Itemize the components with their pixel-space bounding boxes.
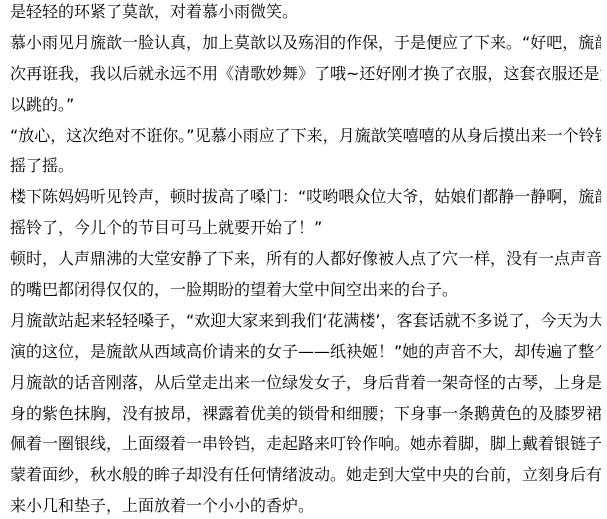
text-line: 的嘴巴都闭得仅仅的，一脸期盼的望着大堂中间空出来的台子。 (10, 275, 601, 306)
text-line: “放心，这次绝对不诳你。”见慕小雨应了下来，月旒歆笑嘻嘻的从身后摸出来一个铃铛， (10, 121, 601, 152)
text-line: 蒙着面纱，秋水般的眸子却没有任何情绪波动。她走到大堂中央的台前，立刻身后有丫鬟搬 (10, 460, 601, 491)
text-line: 佩着一圈银线，上面缀着一串铃铛，走起路来叮铃作响。她赤着脚，脚上戴着银链子，面上 (10, 429, 601, 460)
text-line: 楼下陈妈妈听见铃声，顿时拔高了嗓门：“哎哟喂众位大爷，姑娘们都静一静啊，旒歆姑娘 (10, 182, 601, 213)
text-line: 慕小雨见月旒歆一脸认真，加上莫歆以及殇泪的作保，于是便应了下来。“好吧，旒歆你这 (10, 28, 601, 59)
text-line: 来小几和垫子，上面放着一个小小的香炉。 (10, 491, 601, 519)
text-line: 月旒歆的话音刚落，从后堂走出来一位绿发女子，身后背着一架奇怪的古琴，上身是一件紧 (10, 368, 601, 399)
text-line: 身的紫色抹胸，没有披昂，裸露着优美的锁骨和细腰；下身事一条鹅黄色的及膝罗裙，腰上 (10, 399, 601, 430)
text-line: 摇铃了，今儿个的节目可马上就要开始了！” (10, 213, 601, 244)
text-line: 演的这位，是旒歆从西域高价请来的女子——纸袂姬！”她的声音不大，却传遍了整个大堂… (10, 337, 601, 368)
text-line: 次再诳我，我以后就永远不用《清歌妙舞》了哦~还好刚才换了衣服，这套衣服还是勉强可 (10, 59, 601, 90)
text-line: 是轻轻的环紧了莫歆，对着慕小雨微笑。 (10, 0, 601, 28)
text-line: 摇了摇。 (10, 151, 601, 182)
text-line: 以跳的。” (10, 90, 601, 121)
document-page: 是轻轻的环紧了莫歆，对着慕小雨微笑。 慕小雨见月旒歆一脸认真，加上莫歆以及殇泪的… (0, 0, 607, 516)
text-line: 顿时，人声鼎沸的大堂安静了下来，所有的人都好像被人点了穴一样，没有一点声音，大家 (10, 244, 601, 275)
text-line: 月旒歆站起来轻轻嗓子，“欢迎大家来到我们‘花满楼’，客套话就不多说了，今天为大家… (10, 306, 601, 337)
